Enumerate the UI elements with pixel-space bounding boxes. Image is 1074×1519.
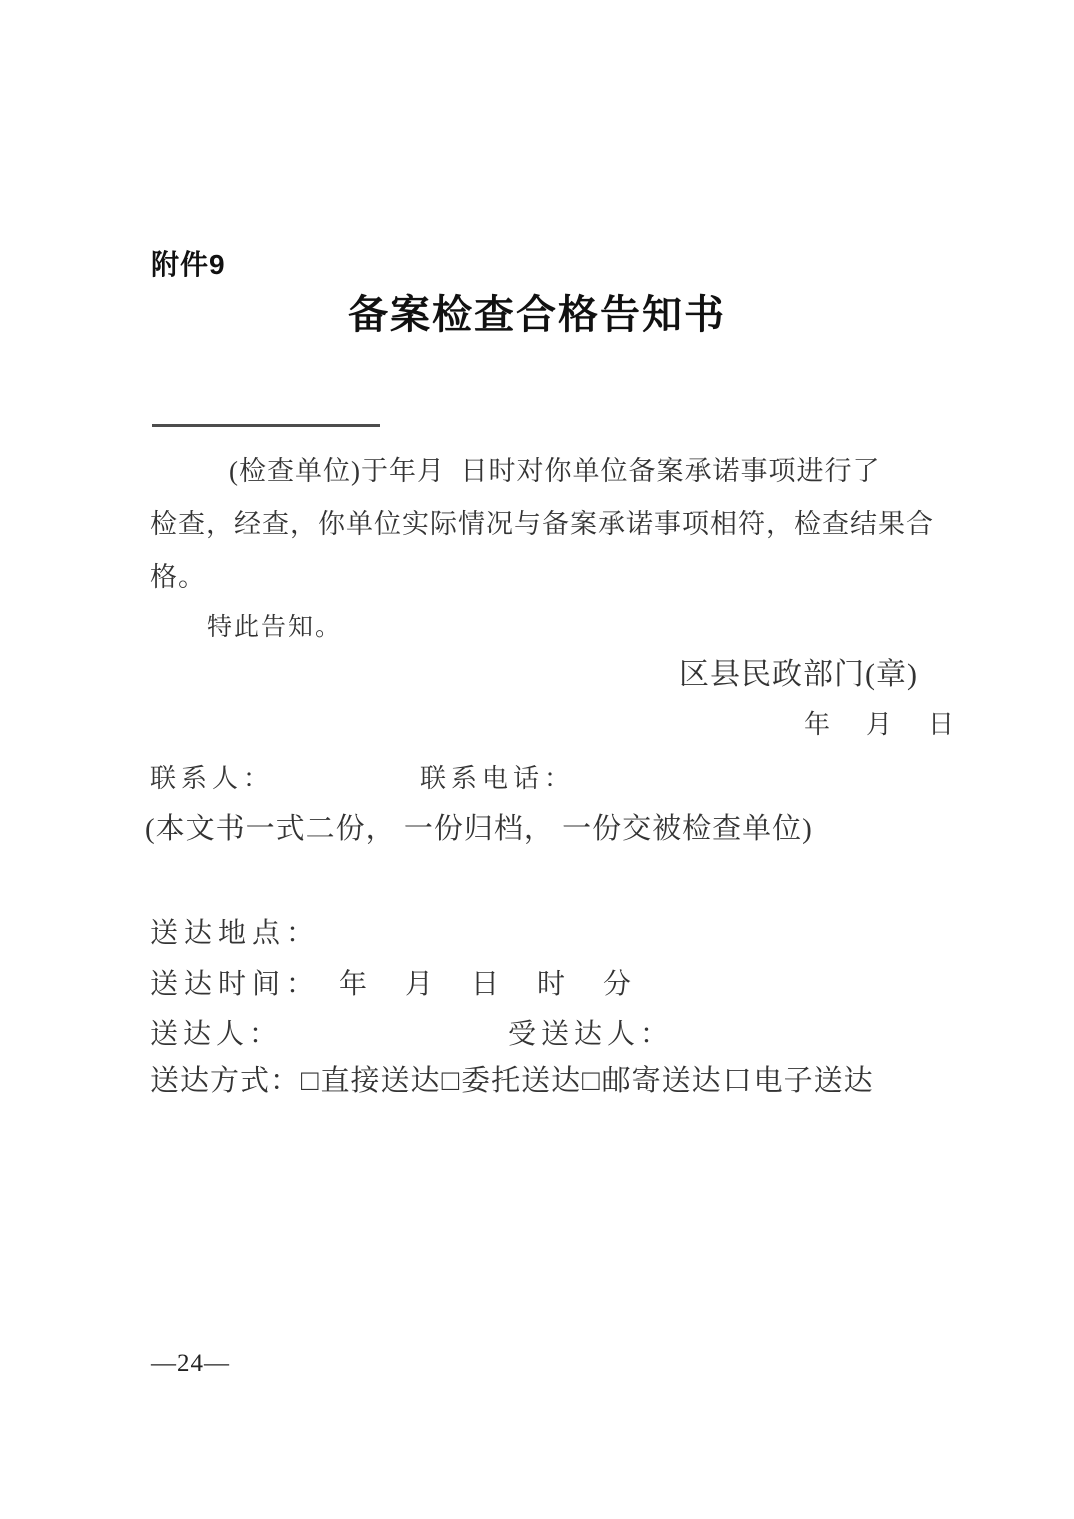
delivery-location-label: 送达地点：	[150, 911, 320, 951]
delivery-method-row: 送达方式：□直接送达□委托送达□邮寄送达口电子送达	[150, 1058, 874, 1099]
page-number: —24—	[151, 1350, 230, 1378]
body-paragraph-line-3: 格。	[150, 555, 940, 594]
delivery-method-option-mail: 邮寄送达	[602, 1065, 722, 1097]
signature-date-line: 年 月 日	[804, 704, 956, 741]
checkbox-icon: 口	[722, 1065, 754, 1097]
delivery-method-option-electronic: 电子送达	[754, 1065, 874, 1097]
contact-phone-label: 联系电话：	[420, 758, 575, 795]
delivery-time-fields: 年 月 日 时 分	[339, 962, 633, 1002]
body-paragraph-line-2: 检查，经查，你单位实际情况与备案承诺事项相符，检查结果合	[150, 502, 940, 541]
contact-row: 联系人： 联系电话：	[0, 758, 1074, 792]
issuing-authority-signature: 区县民政部门(章)	[679, 649, 918, 693]
inspection-unit-blank-line	[152, 424, 380, 427]
body-paragraph-line-1: (检查单位)于年月 日时对你单位备案承诺事项进行了	[150, 449, 1019, 488]
deliverer-label: 送达人：	[150, 1012, 282, 1052]
document-page: 附件9 备案检查合格告知书 (检查单位)于年月 日时对你单位备案承诺事项进行了 …	[0, 0, 1074, 1519]
copies-note: (本文书一式二份， 一份归档， 一份交被检查单位)	[145, 806, 813, 847]
delivery-time-row: 送达时间： 年 月 日 时 分	[0, 962, 1074, 998]
delivery-method-option-direct: 直接送达	[321, 1065, 441, 1097]
checkbox-icon: □	[581, 1065, 602, 1097]
delivery-time-label: 送达时间：	[150, 962, 320, 1002]
checkbox-icon: □	[300, 1065, 321, 1097]
document-title: 备案检查合格告知书	[0, 283, 1074, 340]
delivery-person-row: 送达人： 受送达人：	[0, 1012, 1074, 1048]
notice-line: 特此告知。	[207, 607, 342, 643]
attachment-label: 附件9	[151, 243, 226, 283]
delivery-method-label: 送达方式：	[150, 1065, 300, 1097]
delivery-method-option-entrusted: 委托送达	[461, 1065, 581, 1097]
recipient-label: 受送达人：	[508, 1012, 673, 1052]
contact-person-label: 联系人：	[150, 758, 274, 795]
checkbox-icon: □	[441, 1065, 462, 1097]
